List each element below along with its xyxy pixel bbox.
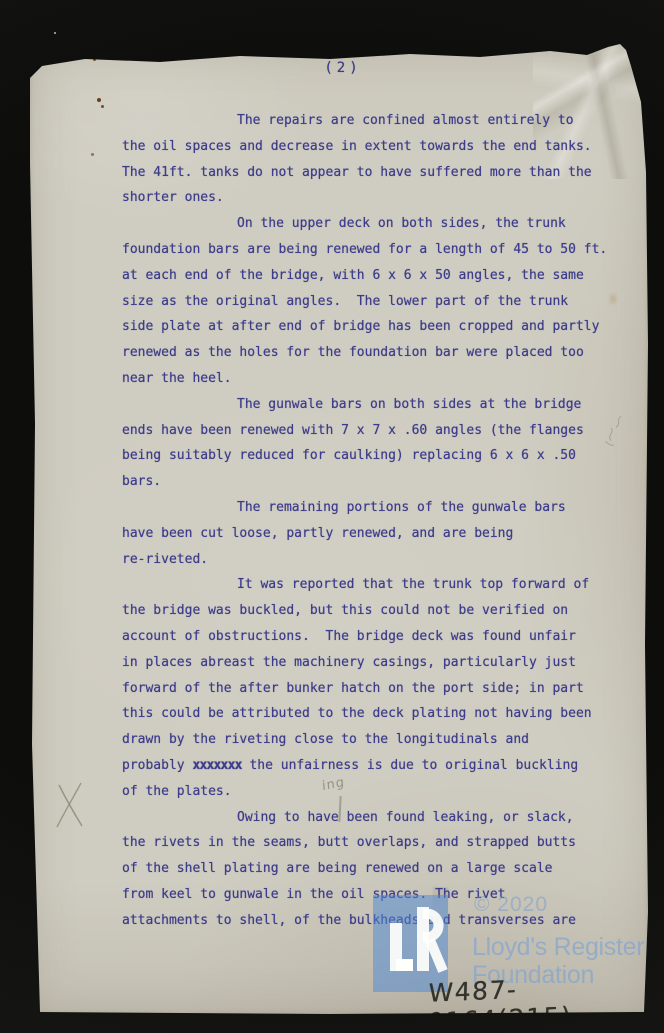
typed-line: ends have been renewed with 7 x 7 x .60 … (122, 418, 608, 444)
paragraph: On the upper deck on both sides, the tru… (122, 211, 608, 392)
typed-line: the rivets in the seams, butt overlaps, … (122, 830, 608, 856)
typed-line: probably xxxxxxx the unfairness is due t… (122, 753, 608, 779)
archive-reference-handwritten: W487-0164(215) (427, 969, 648, 1033)
typed-line: have been cut loose, partly renewed, and… (122, 521, 608, 547)
typed-line: side plate at after end of bridge has be… (122, 314, 608, 340)
typed-line: shorter ones. (122, 185, 608, 211)
typed-line: in places abreast the machinery casings,… (122, 650, 608, 676)
typed-line: It was reported that the trunk top forwa… (122, 572, 608, 598)
typed-line: The gunwale bars on both sides at the br… (122, 392, 608, 418)
typed-line: The repairs are confined almost entirely… (122, 108, 608, 134)
org-name-line1: Lloyd's Register (472, 933, 644, 962)
typed-line: The remaining portions of the gunwale ba… (122, 495, 608, 521)
rust-speck (101, 105, 104, 108)
crossed-out-word: xxxxxxx (192, 758, 241, 773)
typed-line: Owing to have been found leaking, or sla… (122, 805, 608, 831)
paragraph: The gunwale bars on both sides at the br… (122, 392, 608, 495)
scanned-document-photo: (2) The repairs are confined almost enti… (0, 0, 664, 1033)
typed-line: renewed as the holes for the foundation … (122, 340, 608, 366)
typed-line: of the shell plating are being renewed o… (122, 856, 608, 882)
dust-speck (54, 32, 56, 34)
typed-line: On the upper deck on both sides, the tru… (122, 211, 608, 237)
typed-line: bars. (122, 469, 608, 495)
typed-line: this could be attributed to the deck pla… (122, 701, 608, 727)
typed-line: at each end of the bridge, with 6 x 6 x … (122, 263, 608, 289)
typed-text: The repairs are confined almost entirely… (122, 108, 608, 934)
rust-speck (97, 98, 101, 102)
copyright-watermark: © 2020 (474, 893, 548, 917)
paragraph: It was reported that the trunk top forwa… (122, 572, 608, 804)
rust-speck (91, 153, 94, 156)
typed-line: size as the original angles. The lower p… (122, 289, 608, 315)
typed-line: of the plates. (122, 779, 608, 805)
typed-line: re-riveted. (122, 547, 608, 573)
typed-line: forward of the after bunker hatch on the… (122, 676, 608, 702)
page-number: (2) (308, 60, 378, 76)
typed-line: the oil spaces and decrease in extent to… (122, 134, 608, 160)
paragraph: The remaining portions of the gunwale ba… (122, 495, 608, 572)
typed-line: account of obstructions. The bridge deck… (122, 624, 608, 650)
rust-speck (93, 58, 96, 61)
typed-line: the bridge was buckled, but this could n… (122, 598, 608, 624)
typed-line: near the heel. (122, 366, 608, 392)
typed-line: The 41ft. tanks do not appear to have su… (122, 160, 608, 186)
paper-stain (608, 292, 618, 306)
paragraph: The repairs are confined almost entirely… (122, 108, 608, 211)
typed-line: being suitably reduced for caulking) rep… (122, 443, 608, 469)
document-page: (2) The repairs are confined almost enti… (30, 44, 648, 1014)
typed-line: foundation bars are being renewed for a … (122, 237, 608, 263)
typed-line: drawn by the riveting close to the longi… (122, 727, 608, 753)
pencil-x-mark (54, 780, 86, 830)
